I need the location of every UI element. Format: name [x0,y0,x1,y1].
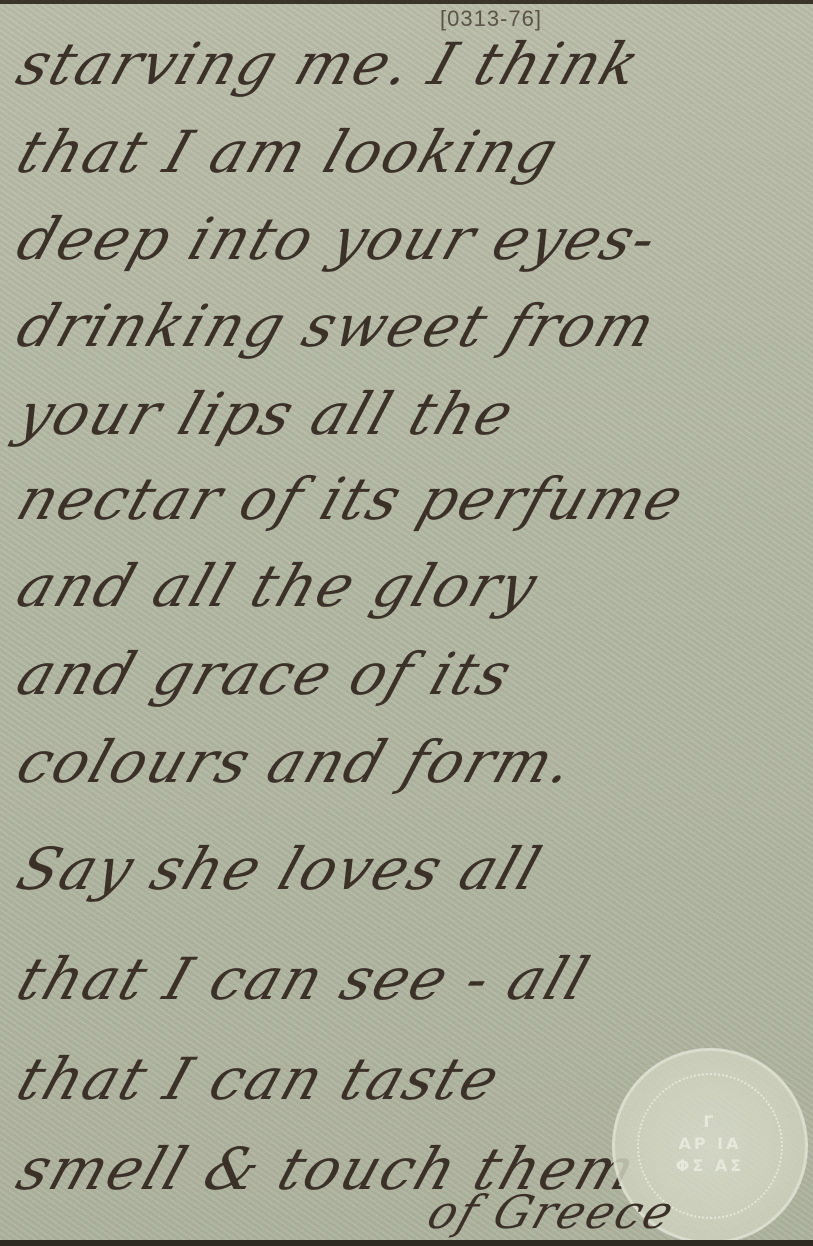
handwritten-line: starving me. I think [9,30,650,98]
handwritten-line: that I can see - all [9,945,599,1013]
handwritten-line: that I am looking [9,118,568,186]
scan-bottom-edge [0,1240,813,1246]
archive-reference-number: [0313-76] [440,6,542,32]
scan-top-edge [0,0,813,4]
handwritten-line: and grace of its [9,640,522,708]
handwritten-line: that I can taste [9,1045,510,1113]
handwritten-line: nectar of its perfume [9,465,694,533]
handwritten-line: and all the glory [9,552,547,620]
handwritten-line: deep into your eyes- [9,205,667,273]
letter-page: [0313-76] starving me. I think that I am… [0,0,813,1246]
handwritten-line-final: of Greece [421,1185,682,1239]
handwritten-line: drinking sweet from [9,292,665,360]
handwritten-line: colours and form. [9,728,584,796]
handwritten-line: your lips all the [9,380,524,448]
handwritten-line: Say she loves all [9,835,551,903]
seal-greek-letters: Γ ΑΡ ΙΑ ΦΣ ΑΣ [615,1111,805,1177]
